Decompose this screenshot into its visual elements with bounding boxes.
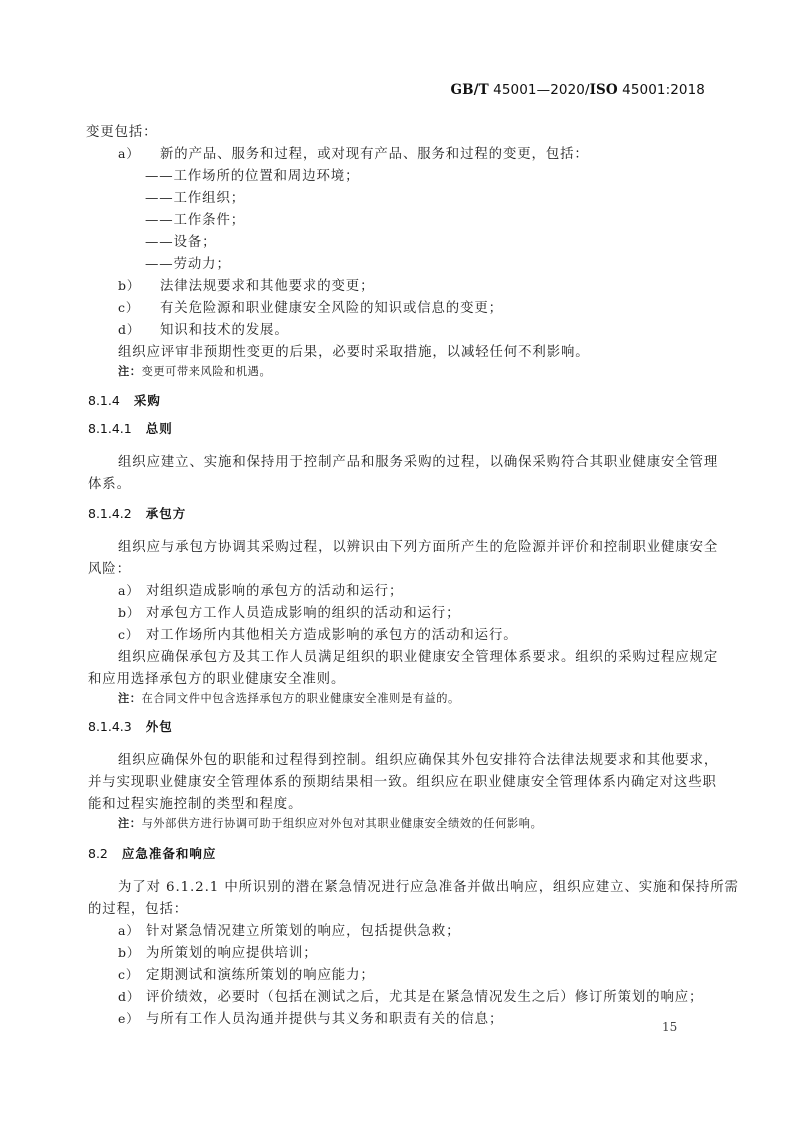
note-text: 与外部供方进行协调可助于组织应对外包对其职业健康安全绩效的任何影响。 [142,817,543,830]
note-text: 变更可带来风险和机遇。 [142,365,272,378]
changes-subitem: ——设备； [145,231,216,250]
paragraph-line: 风险： [88,558,131,577]
paragraph-line: 组织应确保外包的职能和过程得到控制。组织应确保其外包安排符合法律法规要求和其他要… [118,749,718,768]
section-title: 采购 [134,393,161,408]
section-heading-8-1-4: 8.1.4采购 [88,391,161,409]
paragraph-line: 组织应建立、实施和保持用于控制产品和服务采购的过程，以确保采购符合其职业健康安全… [118,451,718,470]
section-title: 总则 [146,421,173,436]
section-heading-8-1-4-2: 8.1.4.2承包方 [88,504,186,522]
list-item-text: 为所策划的响应提供培训； [146,946,318,961]
list-marker: a） [118,921,146,939]
section-number: 8.1.4.2 [88,506,132,521]
note-label: 注： [118,692,142,705]
list-item: a）针对紧急情况建立所策划的响应，包括提供急救； [118,920,460,939]
standard-header: GB/T 45001—2020/ISO 45001:2018 [450,82,705,98]
list-item: c）对工作场所内其他相关方造成影响的承包方的活动和运行。 [118,624,518,643]
standard-prefix-gbt: GB/T [450,82,488,98]
section-number: 8.1.4.3 [88,719,132,734]
list-marker: a） [118,144,160,162]
section-heading-8-1-4-3: 8.1.4.3外包 [88,717,173,735]
list-item: b）为所策划的响应提供培训； [118,942,318,961]
section-title: 外包 [146,719,173,734]
section-number: 8.1.4.1 [88,421,132,436]
section-heading-8-1-4-1: 8.1.4.1总则 [88,419,173,437]
paragraph-line: 组织应确保承包方及其工作人员满足组织的职业健康安全管理体系要求。组织的采购过程应… [118,646,718,665]
list-item-text: 有关危险源和职业健康安全风险的知识或信息的变更； [160,301,503,316]
section-title: 承包方 [146,506,187,521]
list-item: a）对组织造成影响的承包方的活动和运行； [118,580,403,599]
list-item: e）与所有工作人员沟通并提供与其义务和职责有关的信息； [118,1008,503,1027]
list-item-text: 法律法规要求和其他要求的变更； [160,279,374,294]
list-marker: c） [118,298,160,316]
changes-note: 注：变更可带来风险和机遇。 [118,363,271,379]
list-marker: b） [118,943,146,961]
page-number: 15 [662,1020,677,1034]
list-marker: d） [118,320,160,338]
paragraph-line: 的过程，包括： [88,898,188,917]
changes-subitem: ——工作组织； [145,187,245,206]
changes-item-b: b）法律法规要求和其他要求的变更； [118,275,374,294]
list-item-text: 对工作场所内其他相关方造成影响的承包方的活动和运行。 [146,628,518,643]
list-marker: b） [118,276,160,294]
paragraph-line: 为了对 6.1.2.1 中所识别的潜在紧急情况进行应急准备并做出响应，组织应建立… [118,876,739,895]
standard-prefix-iso: ISO [590,82,618,98]
changes-item-d: d）知识和技术的发展。 [118,319,289,338]
list-item: b）对承包方工作人员造成影响的组织的活动和运行； [118,602,460,621]
changes-subitem: ——工作场所的位置和周边环境； [145,165,359,184]
changes-item-c: c）有关危险源和职业健康安全风险的知识或信息的变更； [118,297,503,316]
list-item-text: 对承包方工作人员造成影响的组织的活动和运行； [146,606,460,621]
changes-item-a: a）新的产品、服务和过程，或对现有产品、服务和过程的变更，包括： [118,143,589,162]
list-item-text: 对组织造成影响的承包方的活动和运行； [146,584,403,599]
changes-closing-paragraph: 组织应评审非预期性变更的后果，必要时采取措施，以减轻任何不利影响。 [118,341,590,360]
note-label: 注： [118,817,142,830]
paragraph-line: 体系。 [88,473,131,492]
list-item-text: 知识和技术的发展。 [160,323,289,338]
list-item-text: 针对紧急情况建立所策划的响应，包括提供急救； [146,924,460,939]
changes-subitem: ——劳动力； [145,253,231,272]
list-marker: b） [118,603,146,621]
list-item-text: 新的产品、服务和过程，或对现有产品、服务和过程的变更，包括： [160,147,589,162]
paragraph-line: 能和过程实施控制的类型和程度。 [88,793,302,812]
section-number: 8.2 [88,846,108,861]
paragraph-line: 组织应与承包方协调其采购过程，以辨识由下列方面所产生的危险源并评价和控制职业健康… [118,536,718,555]
list-marker: c） [118,625,146,643]
list-item: d）评价绩效，必要时（包括在测试之后，尤其是在紧急情况发生之后）修订所策划的响应… [118,986,703,1005]
note-text: 在合同文件中包含选择承包方的职业健康安全准则是有益的。 [142,692,460,705]
list-marker: a） [118,581,146,599]
list-item: c）定期测试和演练所策划的响应能力； [118,964,375,983]
note: 注：与外部供方进行协调可助于组织应对外包对其职业健康安全绩效的任何影响。 [118,815,542,831]
changes-intro: 变更包括： [86,121,157,140]
section-heading-8-2: 8.2应急准备和响应 [88,844,216,862]
note: 注：在合同文件中包含选择承包方的职业健康安全准则是有益的。 [118,690,460,706]
section-number: 8.1.4 [88,393,120,408]
paragraph-line: 和应用选择承包方的职业健康安全准则。 [88,668,345,687]
standard-number-iso: 45001:2018 [618,82,705,98]
changes-subitem: ——工作条件； [145,209,245,228]
paragraph-line: 并与实现职业健康安全管理体系的预期结果相一致。组织应在职业健康安全管理体系内确定… [88,771,717,790]
list-item-text: 定期测试和演练所策划的响应能力； [146,968,375,983]
note-label: 注： [118,365,142,378]
list-item-text: 与所有工作人员沟通并提供与其义务和职责有关的信息； [146,1012,503,1027]
list-item-text: 评价绩效，必要时（包括在测试之后，尤其是在紧急情况发生之后）修订所策划的响应； [146,990,703,1005]
document-page: GB/T 45001—2020/ISO 45001:2018 变更包括： a）新… [0,0,793,1123]
standard-number-gbt: 45001—2020/ [489,82,590,98]
list-marker: d） [118,987,146,1005]
section-title: 应急准备和响应 [122,846,217,861]
list-marker: c） [118,965,146,983]
list-marker: e） [118,1009,146,1027]
